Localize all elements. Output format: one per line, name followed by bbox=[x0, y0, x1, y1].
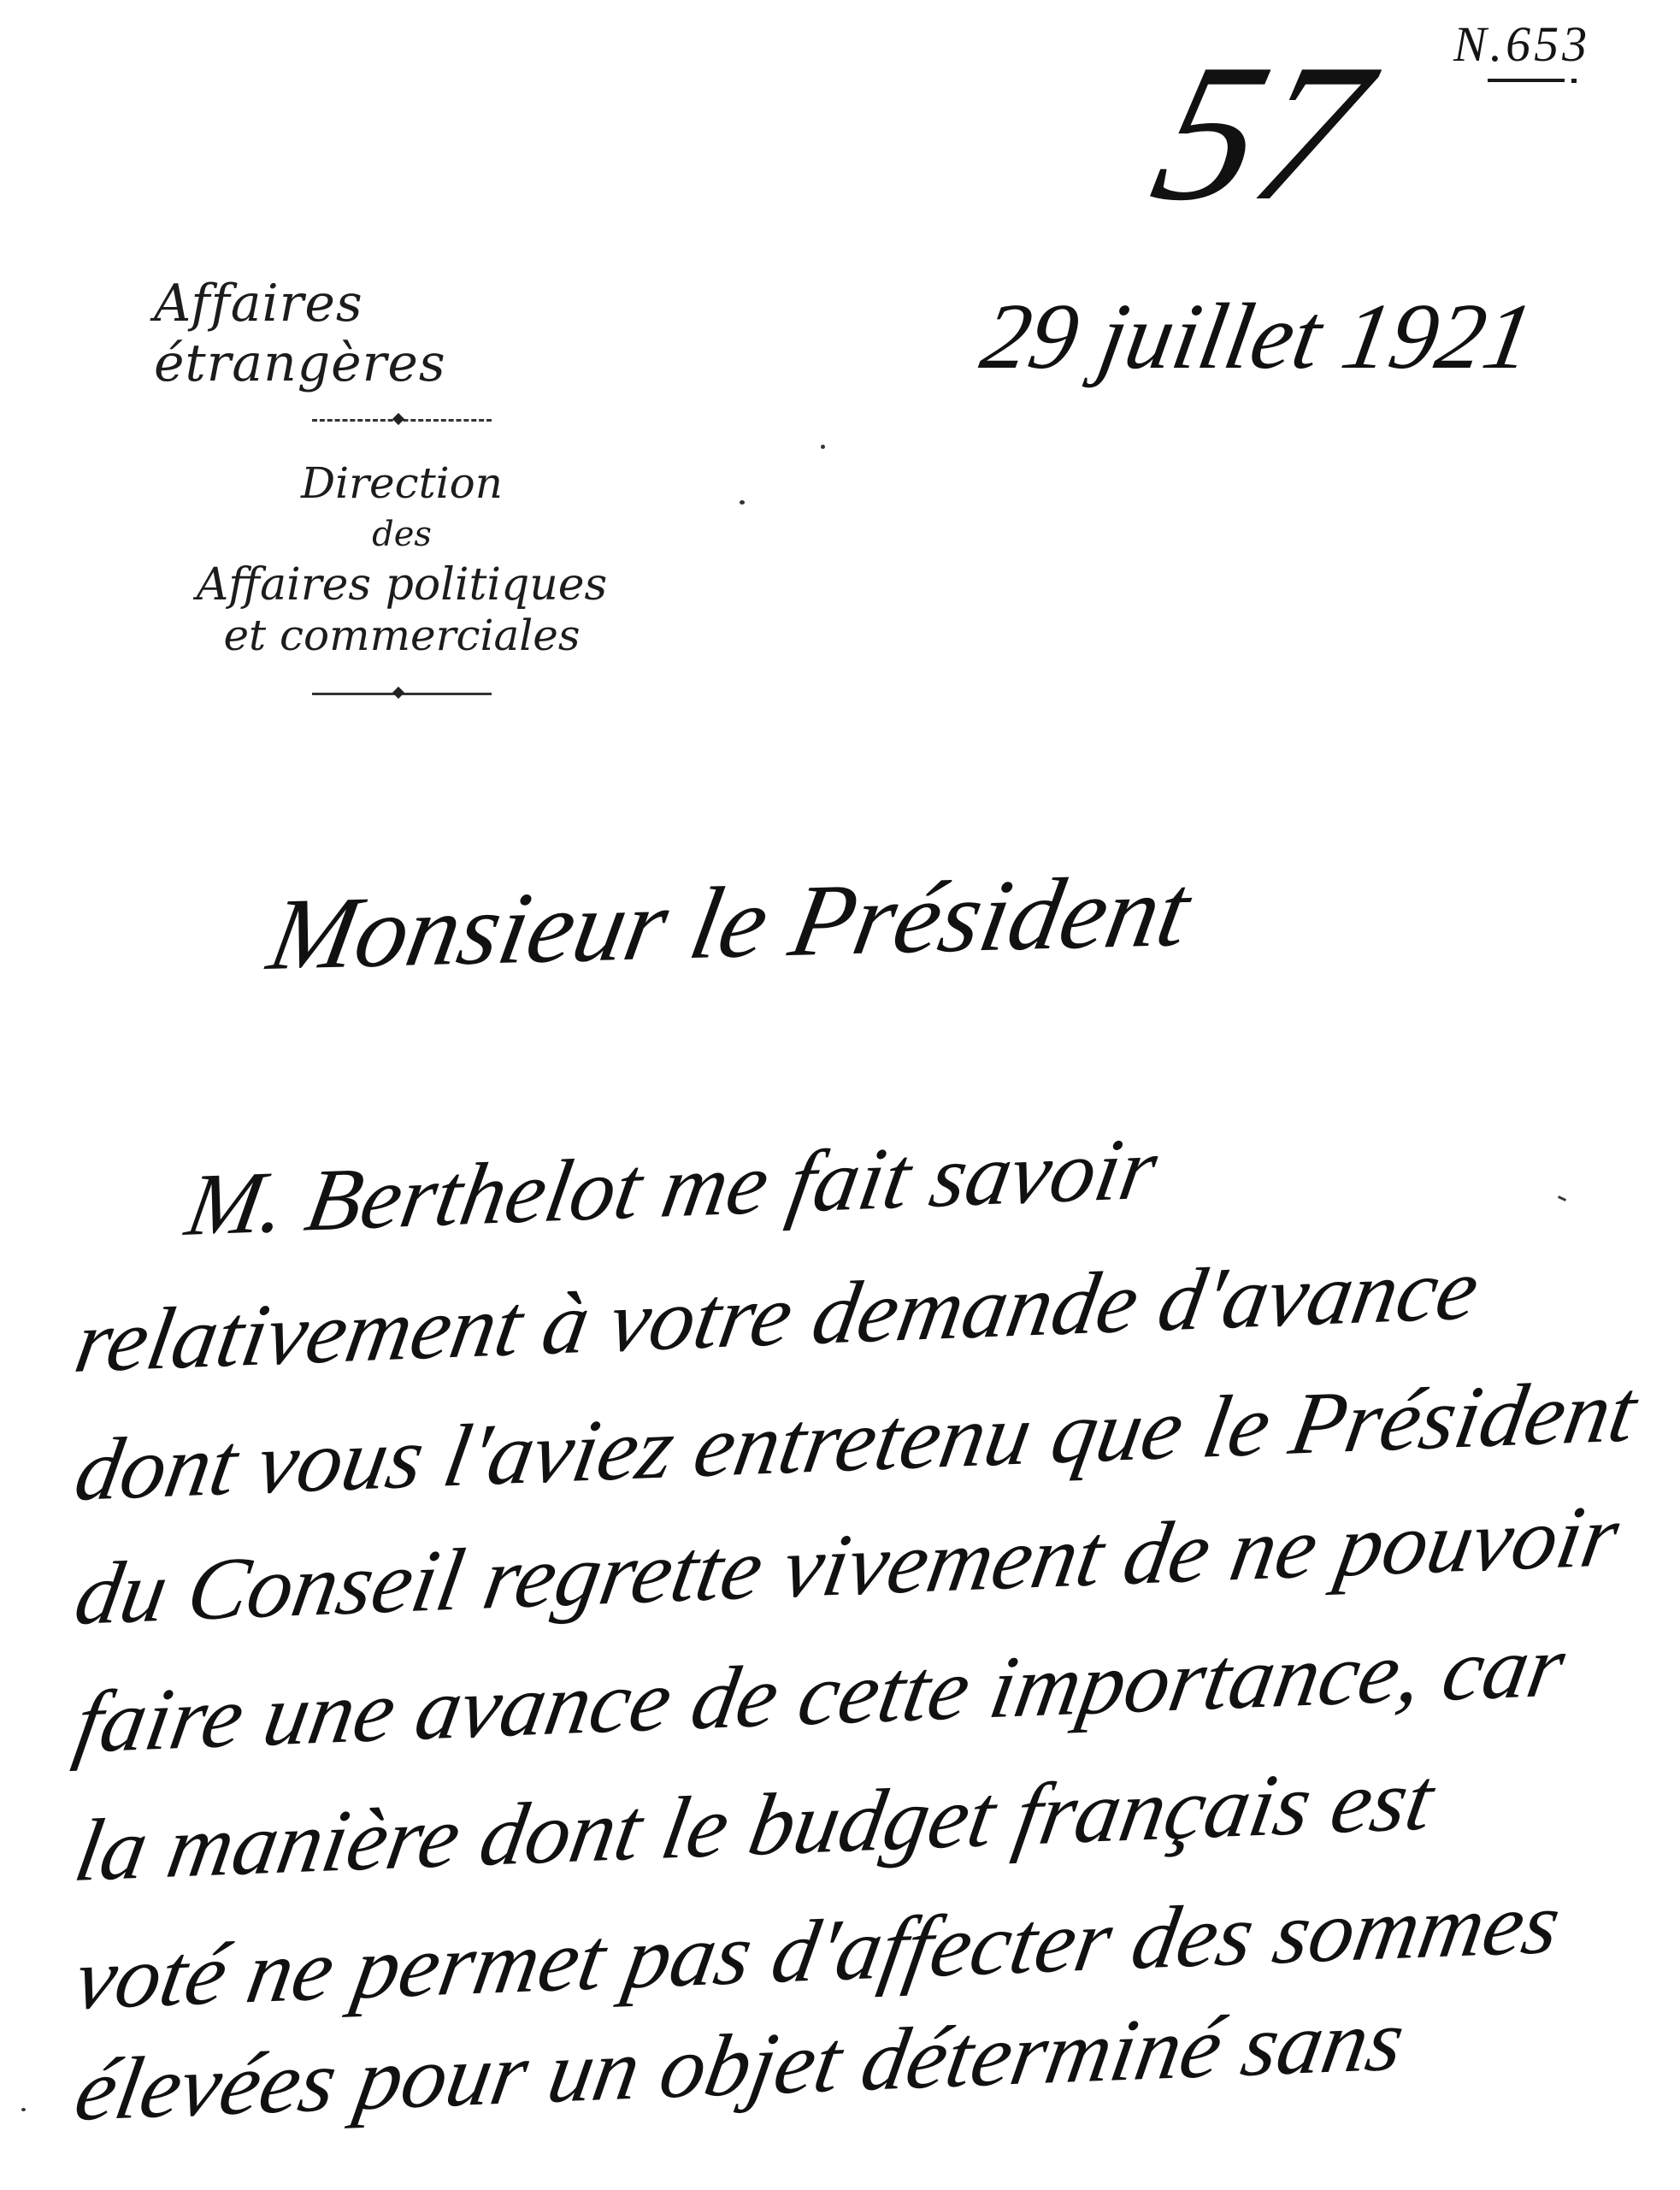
ink-speck bbox=[21, 2108, 26, 2111]
reference-dot bbox=[1571, 79, 1577, 83]
body-line: relativement à votre demande d'avance bbox=[68, 1238, 1487, 1393]
letter-page: 57 N.653 Affaires étrangères Direction d… bbox=[0, 0, 1680, 2190]
reference-number: N.653 bbox=[1453, 15, 1590, 73]
letterhead-direction: Direction bbox=[137, 458, 667, 508]
letterhead-divider-top bbox=[312, 419, 492, 424]
letter-date: 29 juillet 1921 bbox=[974, 282, 1541, 391]
folio-number: 57 bbox=[1138, 34, 1383, 231]
body-line: la manière dont le budget français est bbox=[68, 1749, 1441, 1902]
body-line: faire une avance de cette importance, ca… bbox=[68, 1615, 1572, 1774]
salutation: Monsieur le Président bbox=[260, 852, 1199, 994]
letterhead: Affaires étrangères Direction des Affair… bbox=[137, 257, 667, 698]
letterhead-ministry: Affaires étrangères bbox=[137, 274, 667, 393]
letterhead-affaires-politiques: Affaires politiques bbox=[137, 559, 667, 611]
body-line: M. Berthelot me fait savoir bbox=[180, 1118, 1165, 1256]
letterhead-divider-bottom bbox=[312, 693, 492, 698]
letterhead-des: des bbox=[137, 515, 667, 554]
ink-speck bbox=[821, 445, 825, 449]
ink-speck bbox=[740, 500, 745, 505]
ink-speck bbox=[1558, 1195, 1566, 1201]
reference-underline bbox=[1488, 79, 1565, 82]
letterhead-commerciales: et commerciales bbox=[137, 611, 667, 660]
